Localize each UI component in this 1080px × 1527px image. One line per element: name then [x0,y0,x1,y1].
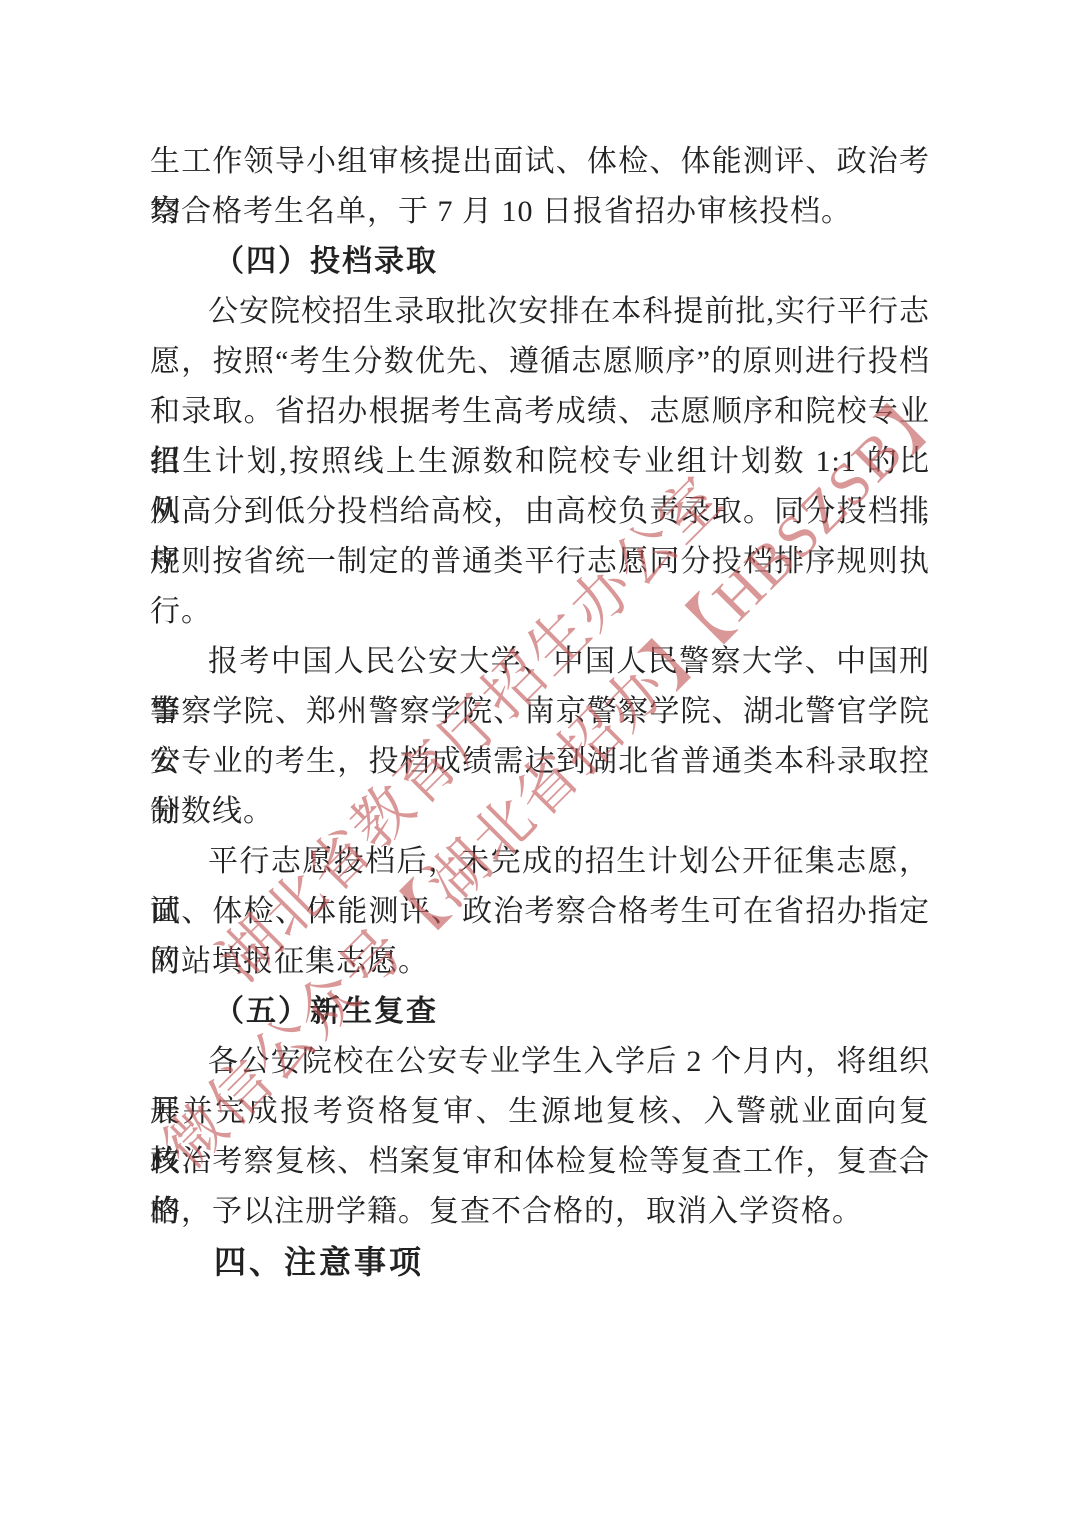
text-line: 政治考察复核、档案复审和体检复检等复查工作，复查合格 [150,1137,930,1187]
text-line: 从高分到低分投档给高校，由高校负责录取。同分投档排序 [150,487,930,537]
text-line: 生工作领导小组审核提出面试、体检、体能测评、政治考察 [150,137,930,187]
section-heading: （四）投档录取 [150,237,930,287]
text-line: 分数线。 [150,787,930,837]
text-line: 报考中国人民公安大学、中国人民警察大学、中国刑事 [150,637,930,687]
text-line: 规则按省统一制定的普通类平行志愿同分投档排序规则执 [150,537,930,587]
text-line: 公安院校招生录取批次安排在本科提前批,实行平行志 [150,287,930,337]
text-line: 招生计划,按照线上生源数和院校专业组计划数 1:1 的比例, [150,437,930,487]
text-line: 平行志愿投档后，未完成的招生计划公开征集志愿，面 [150,837,930,887]
text-line: 各公安院校在公安专业学生入学后 2 个月内，将组织开 [150,1037,930,1087]
text-line: 愿，按照“考生分数优先、遵循志愿顺序”的原则进行投档 [150,337,930,387]
text-line: 行。 [150,587,930,637]
text-line: 警察学院、郑州警察学院、南京警察学院、湖北警官学院公 [150,687,930,737]
text-line: 均合格考生名单，于 7 月 10 日报省招办审核投档。 [150,187,930,237]
section-heading: （五）新生复查 [150,987,930,1037]
document-body: 生工作领导小组审核提出面试、体检、体能测评、政治考察均合格考生名单，于 7 月 … [150,137,930,1287]
text-line: 网站填报征集志愿。 [150,937,930,987]
text-line: 展并完成报考资格复审、生源地复核、入警就业面向复核、 [150,1087,930,1137]
chapter-heading: 四、注意事项 [150,1237,930,1287]
text-line: 安专业的考生，投档成绩需达到湖北省普通类本科录取控制 [150,737,930,787]
text-line: 试、体检、体能测评、政治考察合格考生可在省招办指定的 [150,887,930,937]
document-page: 生工作领导小组审核提出面试、体检、体能测评、政治考察均合格考生名单，于 7 月 … [0,0,1080,1527]
text-line: 和录取。省招办根据考生高考成绩、志愿顺序和院校专业组 [150,387,930,437]
text-line: 的，予以注册学籍。复查不合格的，取消入学资格。 [150,1187,930,1237]
